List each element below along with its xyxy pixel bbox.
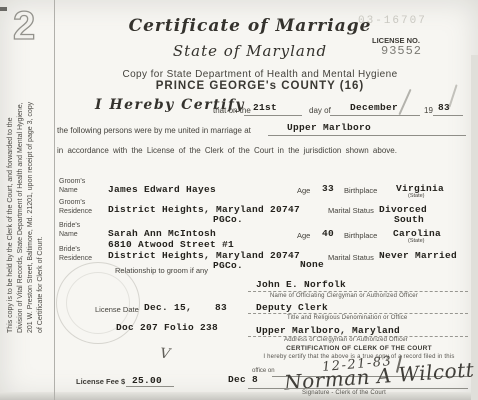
officiant-address: Upper Marlboro, Maryland [256,325,400,336]
scan-artifact-bottom-band [0,392,478,400]
fill-line [268,135,466,136]
age-label: Age [297,186,310,195]
fill-line [244,115,302,116]
fill-line [248,313,468,314]
groom-age: 33 [322,183,334,194]
doc-folio: Doc 207 Folio 238 [116,322,218,333]
marital-status-label: Marital Status [328,206,374,215]
officiant-name-caption: Name of Officiating Clergyman or Authori… [270,293,418,299]
brides-name-label: Bride's Name [59,221,80,240]
license-date-value: Dec. 15, [144,302,192,313]
page-number: 2 [13,4,35,49]
marital-status-label: Marital Status [328,253,374,262]
officiant-title: Deputy Clerk [256,302,328,313]
married-at-label: the following persons were by me united … [57,126,251,135]
stamped-number: 03-16707 [358,15,427,27]
accordance-line: in accordance with the License of the Cl… [57,146,397,155]
groom-residence-county: PGCo. [213,214,243,225]
sidebar-note-wrap: This copy is to be held by the Clerk of … [6,95,56,335]
officiant-title-caption: Title and Religious Denomination or Offi… [287,315,407,321]
bride-marital-status: Never Married [379,250,457,261]
license-fee-label: License Fee $ [76,377,125,386]
license-date-year: 83 [215,302,227,313]
birthplace-label: Birthplace [344,186,377,195]
county-line: PRINCE GEORGE's COUNTY (16) [60,80,460,92]
fill-line [126,386,174,387]
officiant-address-caption: Address of Clergyman or Authorized Offic… [284,337,408,343]
bride-street: 6810 Atwood Street #1 [108,239,234,250]
license-fee-value: 25.00 [132,375,162,386]
license-date-label: License Date [95,305,139,314]
state-note: (State) [408,238,425,244]
birthplace-label: Birthplace [344,231,377,240]
grooms-residence-label: Groom's Residence [59,198,92,217]
month-value: December [350,102,398,113]
bride-residence-county: PGCo. [213,260,243,271]
pen-mark [398,89,411,115]
fill-line [248,388,468,389]
copy-line: Copy for State Department of Health and … [60,69,460,80]
certification-heading: CERTIFICATION OF CLERK OF THE COURT [248,345,470,352]
age-label: Age [297,231,310,240]
signature-caption: Signature - Clerk of the Court [302,390,386,396]
groom-name: James Edward Hayes [108,184,216,195]
bride-name: Sarah Ann McIntosh [108,228,216,239]
that-on-the: that on the [213,106,251,115]
day-of: day of [309,106,331,115]
year-prefix: 19 [424,106,433,115]
fill-line [330,115,420,116]
brides-residence-label: Bride's Residence [59,245,92,264]
relationship-value: None [300,259,324,270]
certificate-subtitle: State of Maryland [120,42,380,60]
groom-residence: District Heights, Maryland 20747 [108,204,300,215]
license-no-value: 93552 [381,44,422,58]
certificate-page: 2 This copy is to be held by the Clerk o… [0,0,478,400]
bride-age: 40 [322,228,334,239]
check-mark: V [159,346,171,363]
certificate-title: Certificate of Marriage [120,16,380,36]
sidebar-note: This copy is to be held by the Clerk of … [6,95,52,333]
fill-line [248,291,468,292]
bride-birthplace-line1: South [394,214,424,225]
married-at-value: Upper Marlboro [287,122,371,133]
scan-artifact-right-band [471,55,478,400]
day-value: 21st [253,102,277,113]
date-stamp: Dec 8 [228,374,258,385]
state-note: (State) [408,193,425,199]
relationship-label: Relationship to groom if any [115,266,208,275]
grooms-name-label: Groom's Name [59,177,85,196]
scan-artifact-dash [0,7,7,11]
officiant-name: John E. Norfolk [256,279,346,290]
fill-line [433,115,463,116]
bride-residence: District Heights, Maryland 20747 [108,250,300,261]
